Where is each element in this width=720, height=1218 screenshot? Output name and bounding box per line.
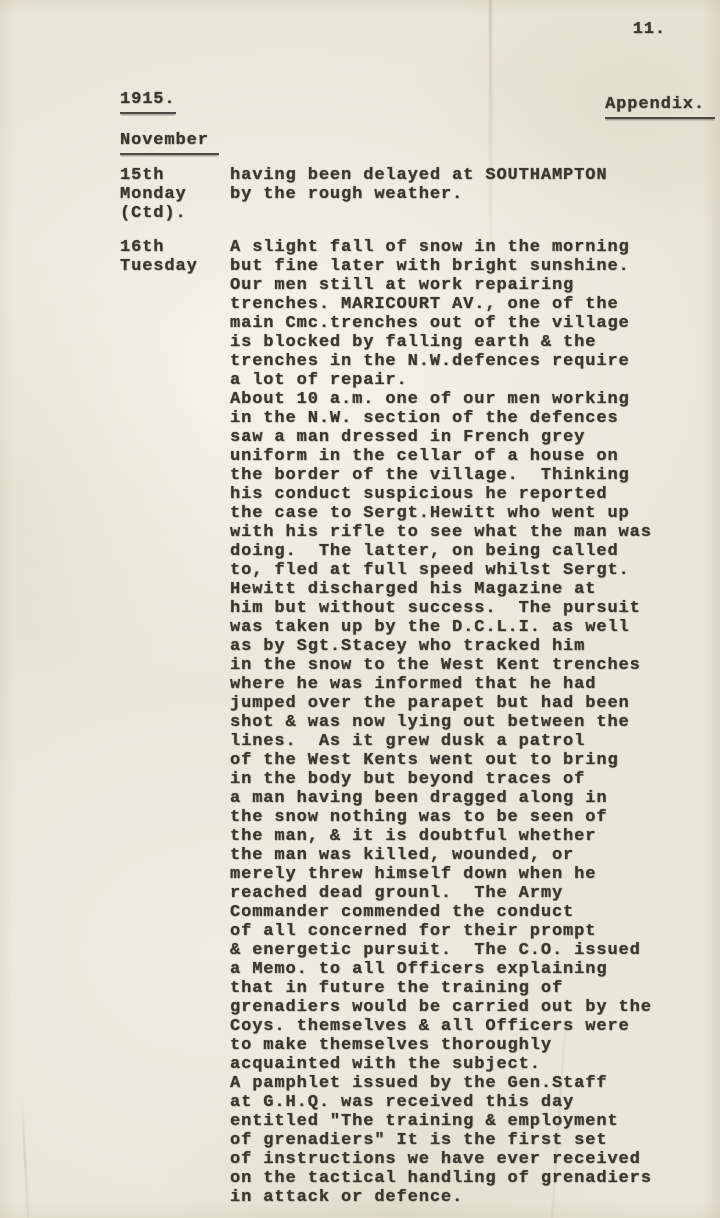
year-heading: 1915.: [120, 90, 176, 114]
diary-entries: 15th Monday (Ctd). having been delayed a…: [120, 166, 695, 1207]
diary-entry-15th: 15th Monday (Ctd). having been delayed a…: [120, 166, 695, 223]
year-heading-text: 1915.: [120, 90, 176, 114]
entry-date-15th: 15th Monday (Ctd).: [120, 166, 230, 223]
paper-crease-bottom-left: [21, 1095, 30, 1218]
month-heading: November: [120, 131, 219, 155]
scanned-diary-page: 11. 1915. Appendix. November 15th Monday…: [0, 0, 720, 1218]
page-number: 11.: [633, 20, 666, 39]
diary-entry-16th: 16th Tuesday A slight fall of snow in th…: [120, 238, 695, 1207]
entry-body-15th: having been delayed at SOUTHAMPTON by th…: [230, 166, 695, 204]
entry-body-16th: A slight fall of snow in the morning but…: [230, 238, 695, 1207]
month-heading-text: November: [120, 131, 219, 155]
appendix-heading-text: Appendix.: [605, 95, 715, 119]
entry-date-16th: 16th Tuesday: [120, 238, 230, 276]
appendix-heading: Appendix.: [605, 95, 715, 119]
